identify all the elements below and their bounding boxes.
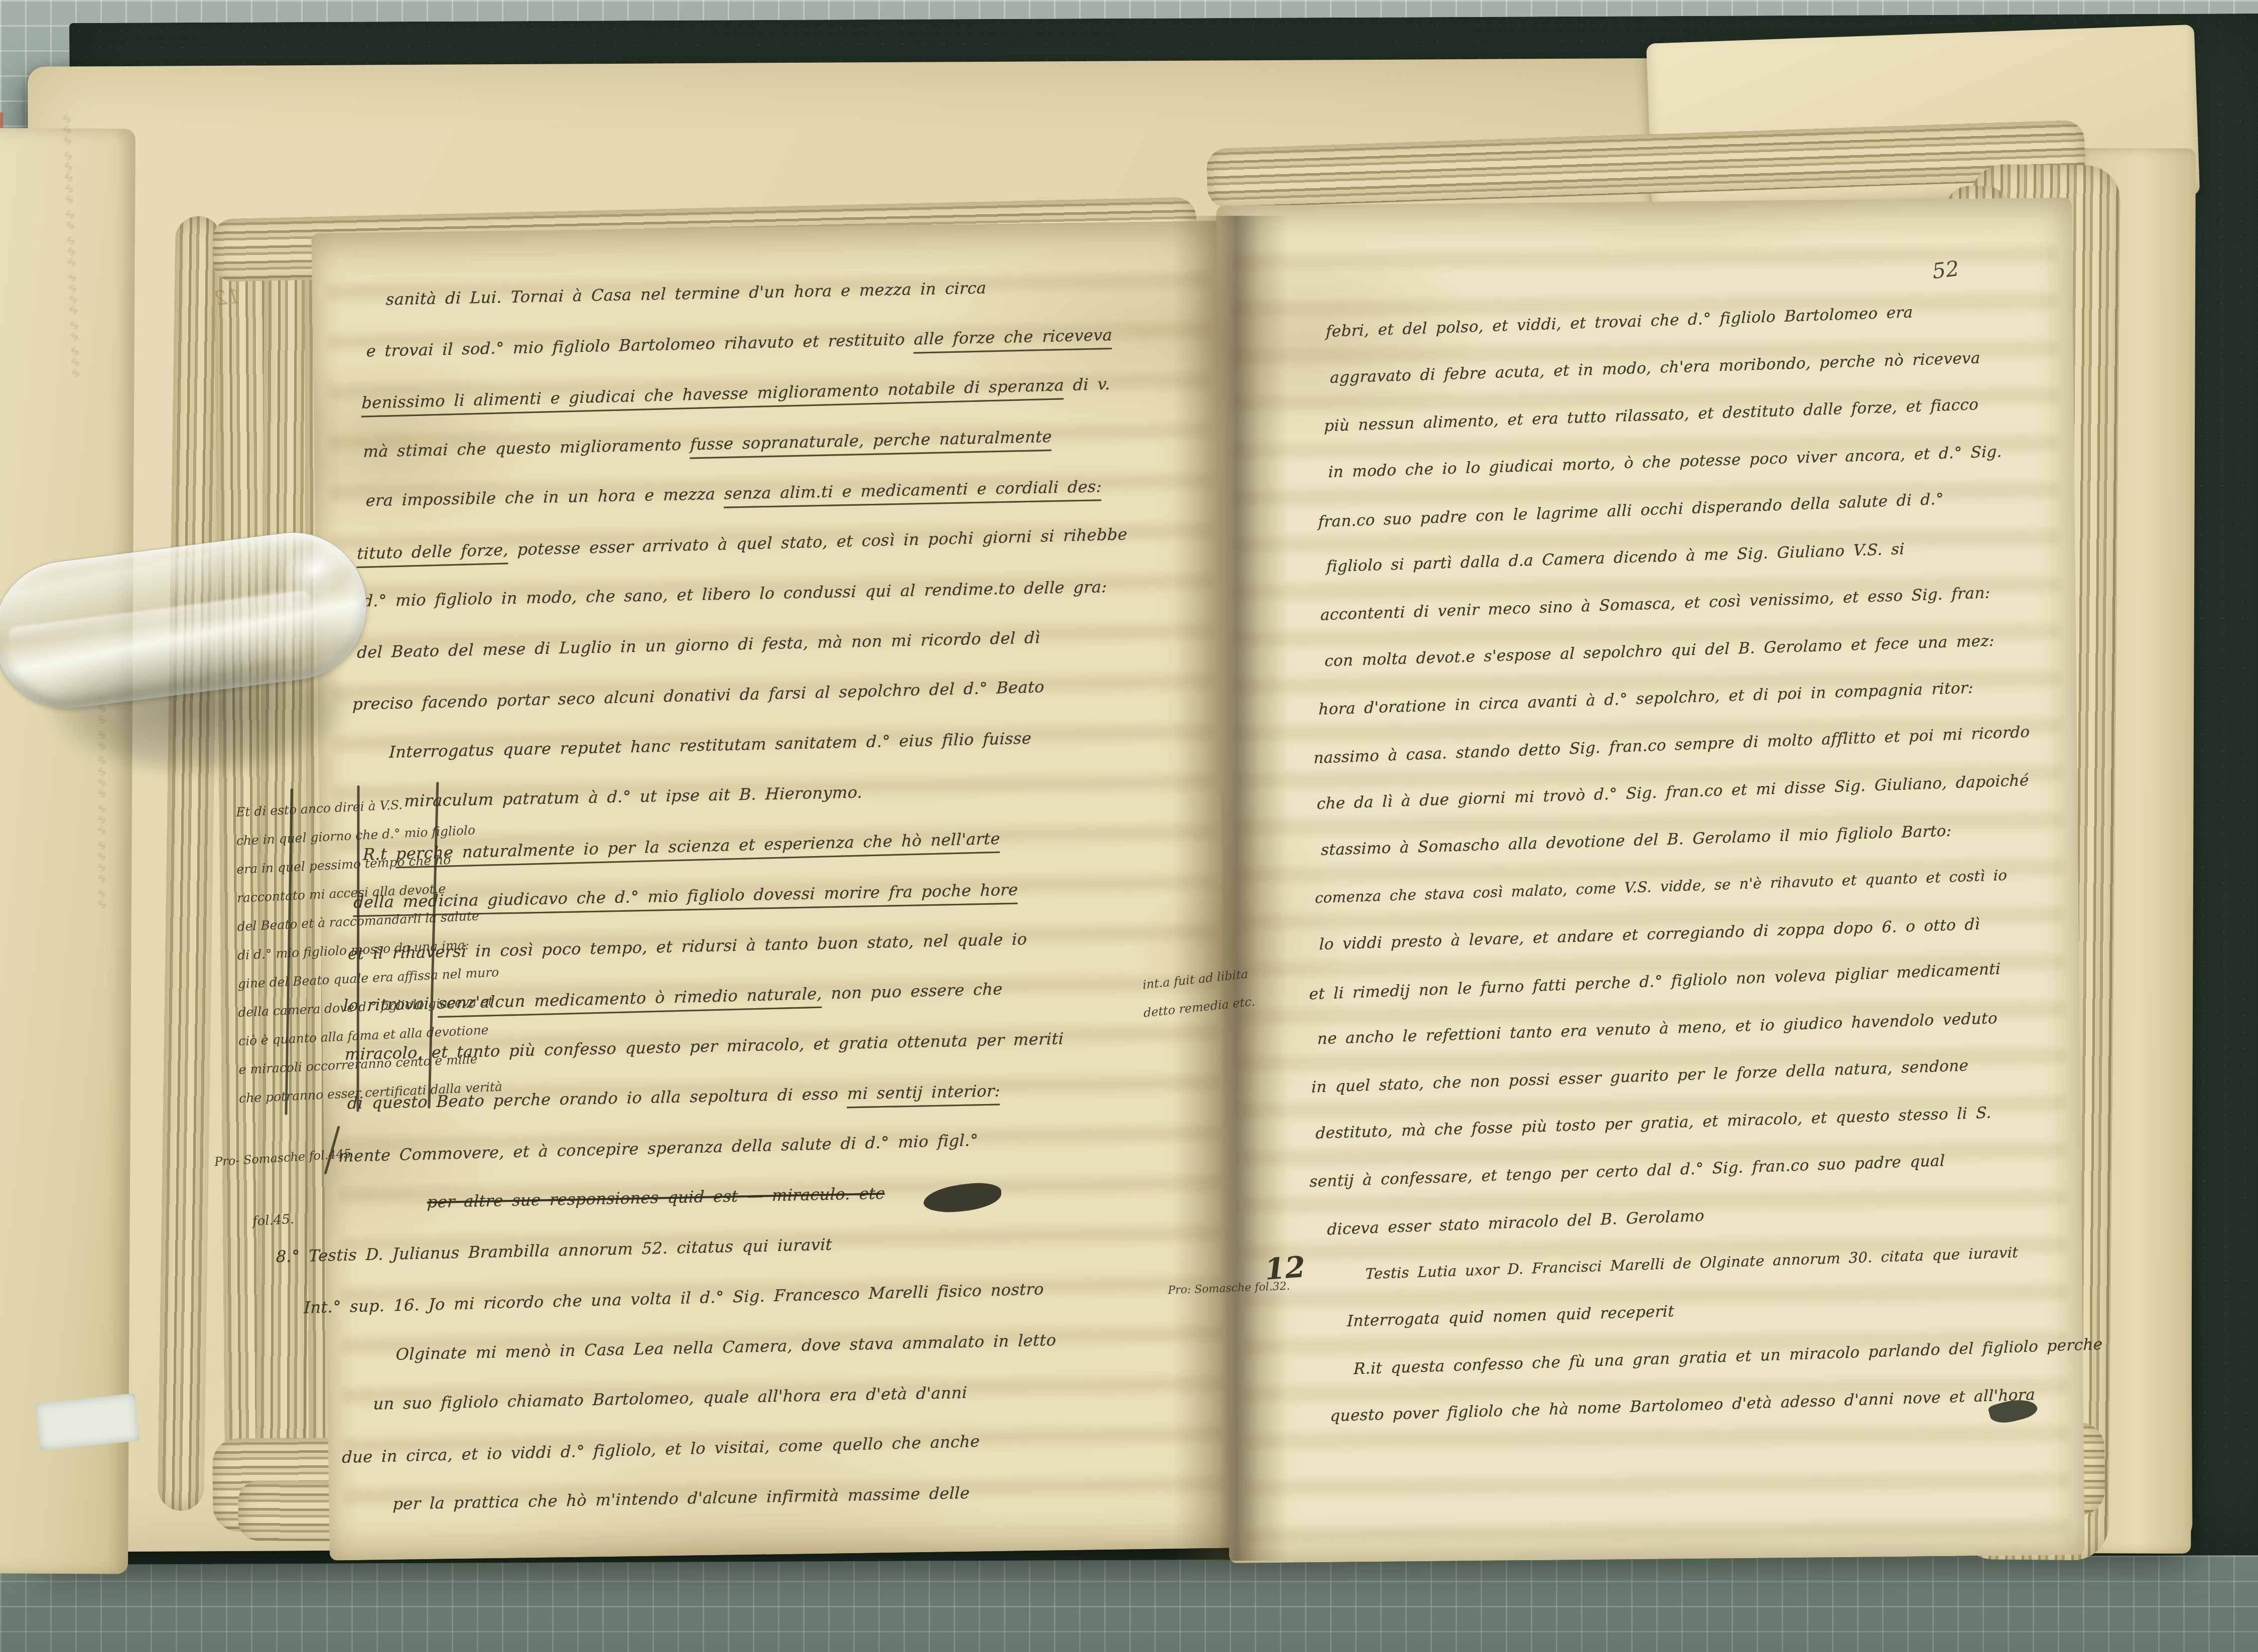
witness-number-12: 12 [1264, 1250, 1306, 1286]
margin-citation-fol-45: fol.45. [252, 1212, 295, 1229]
left-margin-note-struck: Et di esto anco direi à V.S.che in quel … [236, 780, 630, 1113]
underlined-phrase: mi sentij interior: [847, 1081, 1000, 1103]
bleedthrough-scribble: ∿∿∿ ∿∿ ∿∿∿∿ ∿∿∿ ∿∿ ∿∿∿∿∿ ∿∿∿ [45, 113, 98, 380]
right-page-text: febri, et del polso, et viddi, et trovai… [1304, 298, 2064, 1456]
underlined-phrase: tituto delle forze, [357, 540, 509, 563]
manuscript-book: ∿∿∿ ∿∿ ∿∿∿∿ ∿∿∿ ∿∿ ∿∿∿∿∿ ∿∿∿ ∿∿ ∿∿∿∿ ∿∿∿… [28, 58, 2186, 1563]
folio-number-52: 52 [1931, 256, 1960, 284]
gutter-margin-note: int.a fuit ad libitadetto remedia etc. [1142, 959, 1256, 1027]
underlined-phrase: alle forze che riceveva [913, 325, 1113, 349]
phrase: non puo essere che [822, 980, 1003, 1003]
phrase: di v. [1064, 374, 1111, 394]
bleedthrough-folio-number: 12 [213, 285, 241, 310]
photo-manuscript-scene: ∿∿∿ ∿∿ ∿∿∿∿ ∿∿∿ ∿∿ ∿∿∿∿∿ ∿∿∿ ∿∿ ∿∿∿∿ ∿∿∿… [0, 0, 2258, 1652]
